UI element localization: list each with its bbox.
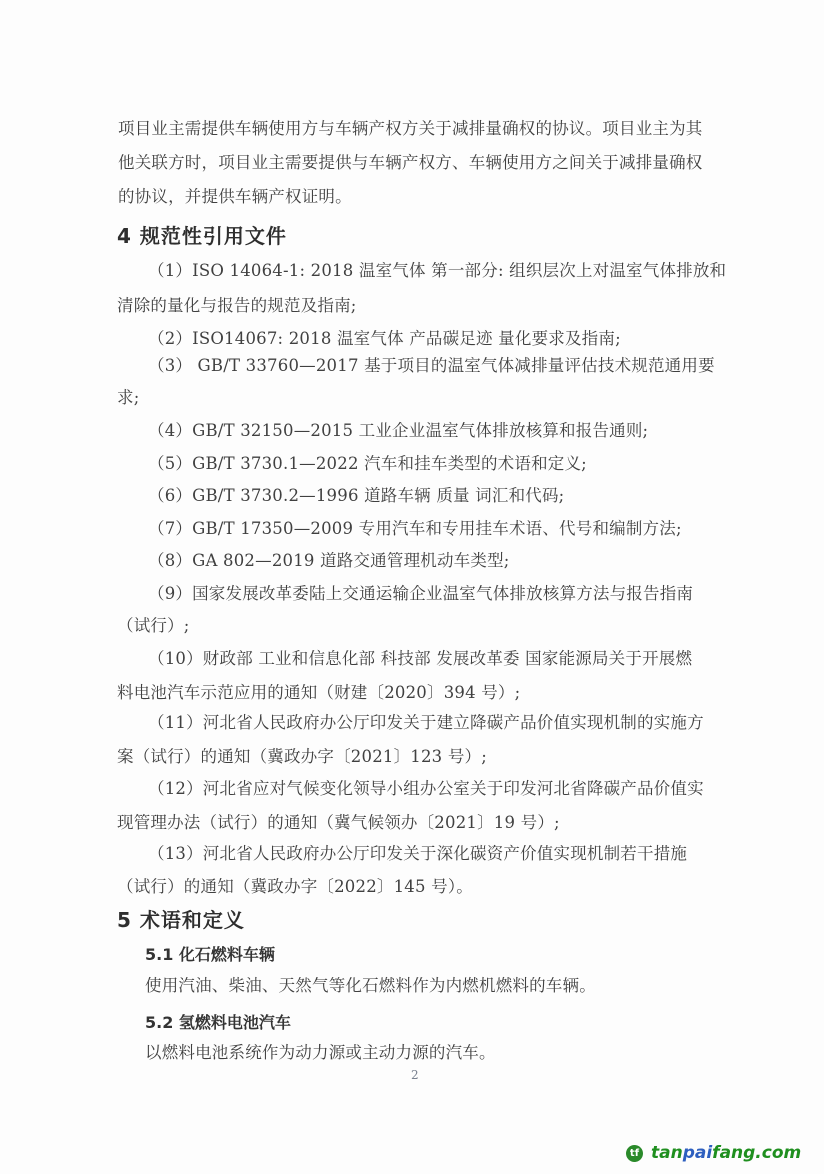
ref-13-line-1: （13）河北省人民政府办公厅印发关于深化碳资产价值实现机制若干措施	[148, 843, 687, 865]
watermark-text: tanpaifang.com	[651, 1143, 801, 1163]
section-5-1-heading: 5.1 化石燃料车辆	[145, 942, 275, 965]
ref-9-line-2: （试行）;	[117, 615, 190, 637]
watermark-text-part1: tan	[651, 1143, 683, 1163]
section-5-1-text: 使用汽油、柴油、天然气等化石燃料作为内燃机燃料的车辆。	[145, 975, 596, 997]
ref-3-line-1: （3） GB/T 33760—2017 基于项目的温室气体减排量评估技术规范通用…	[148, 355, 715, 377]
document-page: 项目业主需提供车辆使用方与车辆产权方关于减排量确权的协议。项目业主为其 他关联方…	[0, 0, 824, 1174]
intro-line-1: 项目业主需提供车辆使用方与车辆产权方关于减排量确权的协议。项目业主为其	[118, 118, 703, 140]
section-5-2-heading: 5.2 氢燃料电池汽车	[145, 1010, 291, 1033]
ref-3-line-2: 求;	[117, 387, 139, 409]
intro-line-3: 的协议，并提供车辆产权证明。	[118, 186, 352, 208]
page-number: 2	[411, 1068, 419, 1082]
ref-1-line-2: 清除的量化与报告的规范及指南;	[117, 295, 357, 317]
ref-8: （8）GA 802—2019 道路交通管理机动车类型;	[148, 550, 510, 572]
ref-11-line-2: 案（试行）的通知（冀政办字〔2021〕123 号）;	[117, 746, 487, 768]
ref-6: （6）GB/T 3730.2—1996 道路车辆 质量 词汇和代码;	[148, 485, 564, 507]
ref-10-line-1: （10）财政部 工业和信息化部 科技部 发展改革委 国家能源局关于开展燃	[148, 648, 692, 670]
ref-12-line-2: 现管理办法（试行）的通知（冀气候领办〔2021〕19 号）;	[117, 812, 560, 834]
ref-7: （7）GB/T 17350—2009 专用汽车和专用挂车术语、代号和编制方法;	[148, 518, 682, 540]
ref-9-line-1: （9）国家发展改革委陆上交通运输企业温室气体排放核算方法与报告指南	[148, 583, 693, 605]
watermark-text-part3: fang.com	[712, 1143, 801, 1163]
section-5-2-text: 以燃料电池系统作为动力源或主动力源的汽车。	[145, 1042, 496, 1064]
ref-11-line-1: （11）河北省人民政府办公厅印发关于建立降碳产品价值实现机制的实施方	[148, 712, 704, 734]
ref-4: （4）GB/T 32150—2015 工业企业温室气体排放核算和报告通则;	[148, 420, 648, 442]
ref-1-line-1: （1）ISO 14064-1: 2018 温室气体 第一部分: 组织层次上对温室…	[148, 260, 726, 282]
ref-10-line-2: 料电池汽车示范应用的通知（财建〔2020〕394 号）;	[117, 682, 520, 704]
watermark: tf tanpaifang.com	[626, 1143, 801, 1163]
ref-2: （2）ISO14067: 2018 温室气体 产品碳足迹 量化要求及指南;	[148, 328, 621, 350]
tanpaifang-logo-icon: tf	[626, 1145, 643, 1162]
section-5-heading: 5 术语和定义	[117, 904, 245, 933]
ref-12-line-1: （12）河北省应对气候变化领导小组办公室关于印发河北省降碳产品价值实	[148, 778, 704, 800]
section-4-heading: 4 规范性引用文件	[117, 220, 287, 249]
watermark-text-part2: pai	[683, 1143, 712, 1163]
intro-line-2: 他关联方时，项目业主需要提供与车辆产权方、车辆使用方之间关于减排量确权	[118, 152, 703, 174]
ref-5: （5）GB/T 3730.1—2022 汽车和挂车类型的术语和定义;	[148, 453, 587, 475]
ref-13-line-2: （试行）的通知（冀政办字〔2022〕145 号）。	[117, 876, 473, 898]
